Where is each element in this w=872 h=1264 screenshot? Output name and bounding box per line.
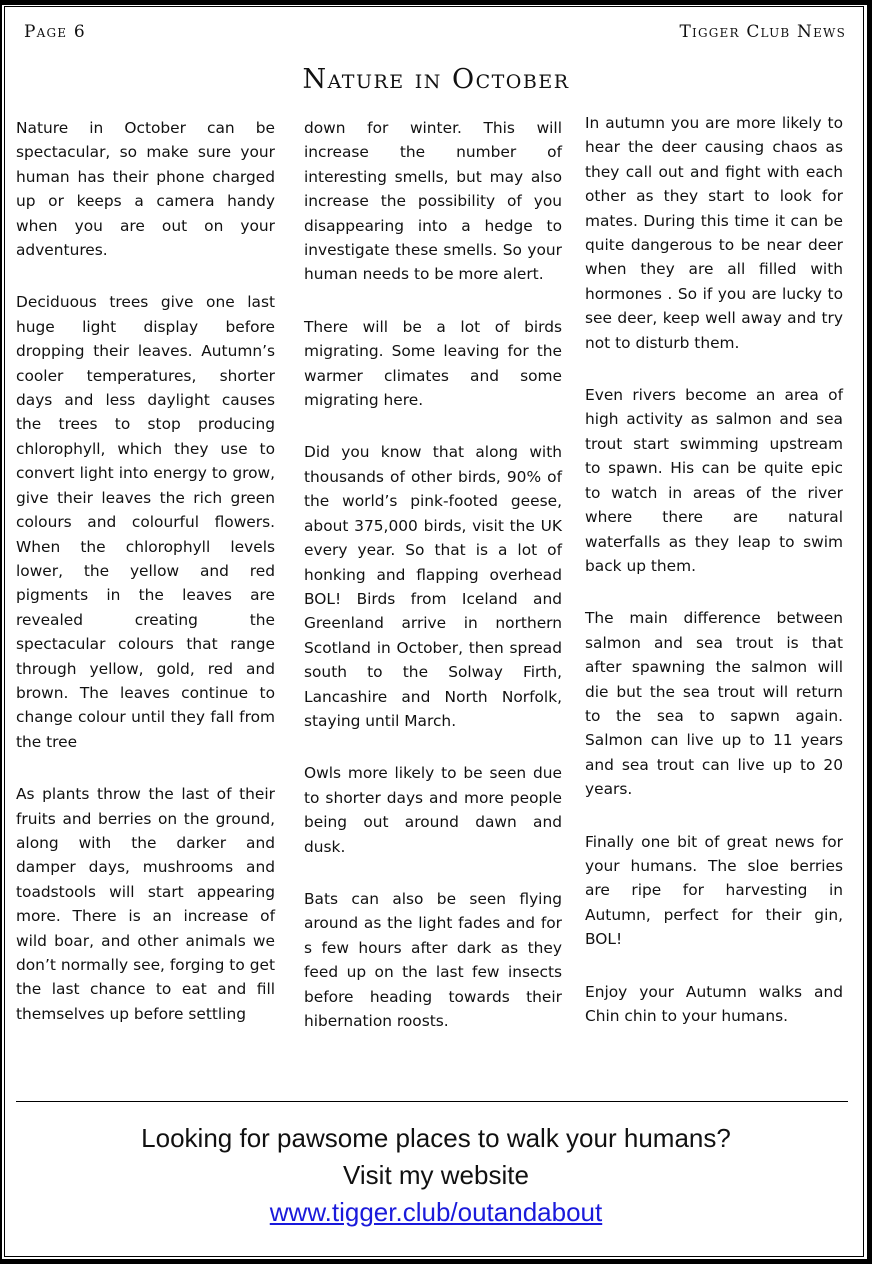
footer-divider [16,1101,848,1102]
paragraph: Did you know that along with thousands o… [304,440,562,733]
article-column-2: down for winter. This will increase the … [304,116,562,1061]
paragraph: The main difference between salmon and s… [585,606,843,801]
paragraph: Owls more likely to be seen due to short… [304,761,562,859]
paragraph: down for winter. This will increase the … [304,116,562,287]
footer-line-1: Looking for pawsome places to walk your … [0,1120,872,1157]
footer-promo: Looking for pawsome places to walk your … [0,1120,872,1231]
paragraph: As plants throw the last of their fruits… [16,782,275,1026]
paragraph: There will be a lot of birds migrating. … [304,315,562,413]
article-title: Nature in October [0,64,872,95]
paragraph: Nature in October can be spectacular, so… [16,116,275,262]
article-column-1: Nature in October can be spectacular, so… [16,116,275,1054]
paragraph: Deciduous trees give one last huge light… [16,290,275,754]
article-column-3: In autumn you are more likely to hear th… [585,111,843,1056]
website-link[interactable]: www.tigger.club/outandabout [270,1197,602,1227]
page-number: Page 6 [24,22,86,42]
paragraph: Even rivers become an area of high activ… [585,383,843,578]
paragraph: Finally one bit of great news for your h… [585,830,843,952]
paragraph: In autumn you are more likely to hear th… [585,111,843,355]
footer-line-2: Visit my website [0,1157,872,1194]
paragraph: Bats can also be seen flying around as t… [304,887,562,1033]
paragraph: Enjoy your Autumn walks and Chin chin to… [585,980,843,1029]
publication-name: Tigger Club News [680,22,847,42]
